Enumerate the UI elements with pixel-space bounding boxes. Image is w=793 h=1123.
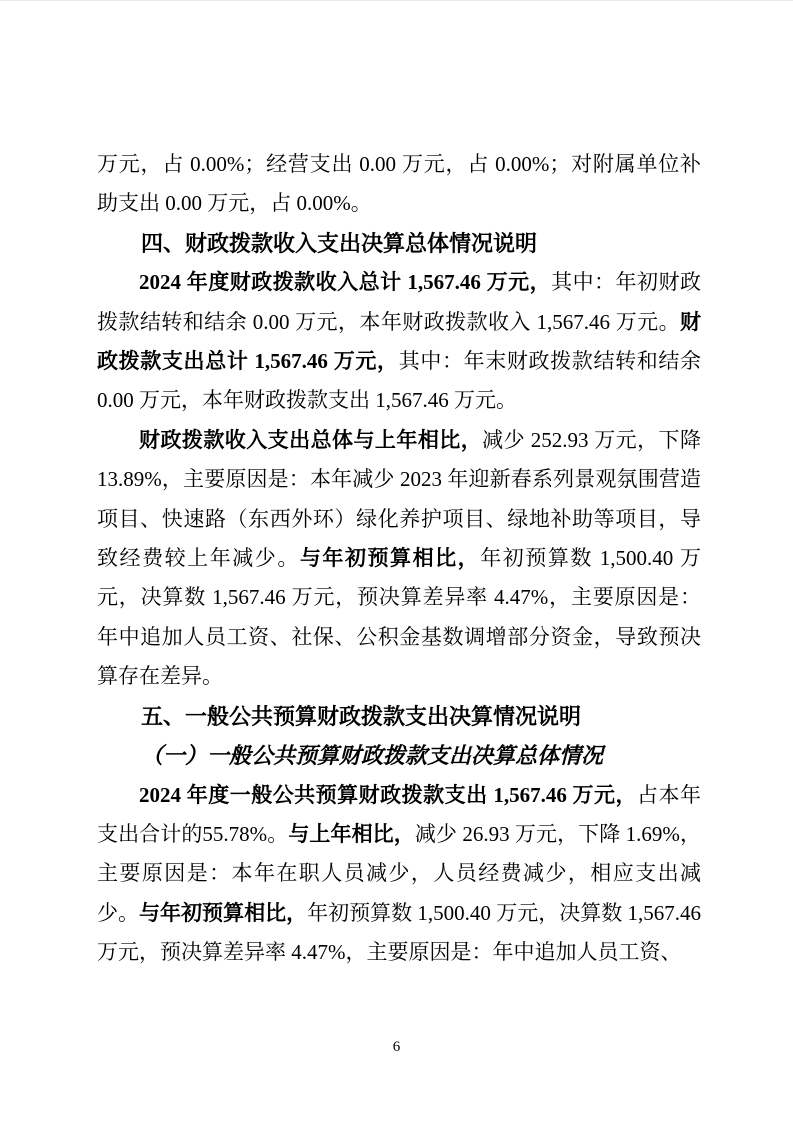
document-page: 万元，占 0.00%；经营支出 0.00 万元，占 0.00%；对附属单位补助支… [0, 1, 793, 1123]
text-run-bold: 与年初预算相比， [300, 546, 480, 570]
document-body: 万元，占 0.00%；经营支出 0.00 万元，占 0.00%；对附属单位补助支… [97, 145, 701, 973]
section-heading-4: 四、财政拨款收入支出决算总体情况说明 [97, 224, 701, 263]
section-heading-5: 五、一般公共预算财政拨款支出决算情况说明 [97, 697, 701, 736]
section-heading-5-sub1: （一）一般公共预算财政拨款支出决算总体情况 [97, 736, 701, 775]
text-run: 万元，占 0.00%；经营支出 0.00 万元，占 0.00%；对附属单位补助支… [97, 152, 701, 215]
text-run-bold: 2024 年度财政拨款收入总计 1,567.46 万元， [139, 270, 551, 294]
paragraph-continuation: 万元，占 0.00%；经营支出 0.00 万元，占 0.00%；对附属单位补助支… [97, 145, 701, 224]
page-number: 6 [0, 1037, 793, 1057]
paragraph-fiscal-total: 2024 年度财政拨款收入总计 1,567.46 万元，其中：年初财政拨款结转和… [97, 263, 701, 421]
paragraph-budget-expend: 2024 年度一般公共预算财政拨款支出 1,567.46 万元，占本年支出合计的… [97, 776, 701, 973]
text-run-bold: 与上年相比， [288, 822, 415, 846]
text-run-bold: 2024 年度一般公共预算财政拨款支出 1,567.46 万元， [139, 783, 637, 807]
text-run-bold: 与年初预算相比， [139, 901, 307, 925]
text-run-bold: 财政拨款收入支出总体与上年相比， [139, 428, 482, 452]
paragraph-fiscal-compare: 财政拨款收入支出总体与上年相比，减少 252.93 万元，下降 13.89%，主… [97, 421, 701, 697]
